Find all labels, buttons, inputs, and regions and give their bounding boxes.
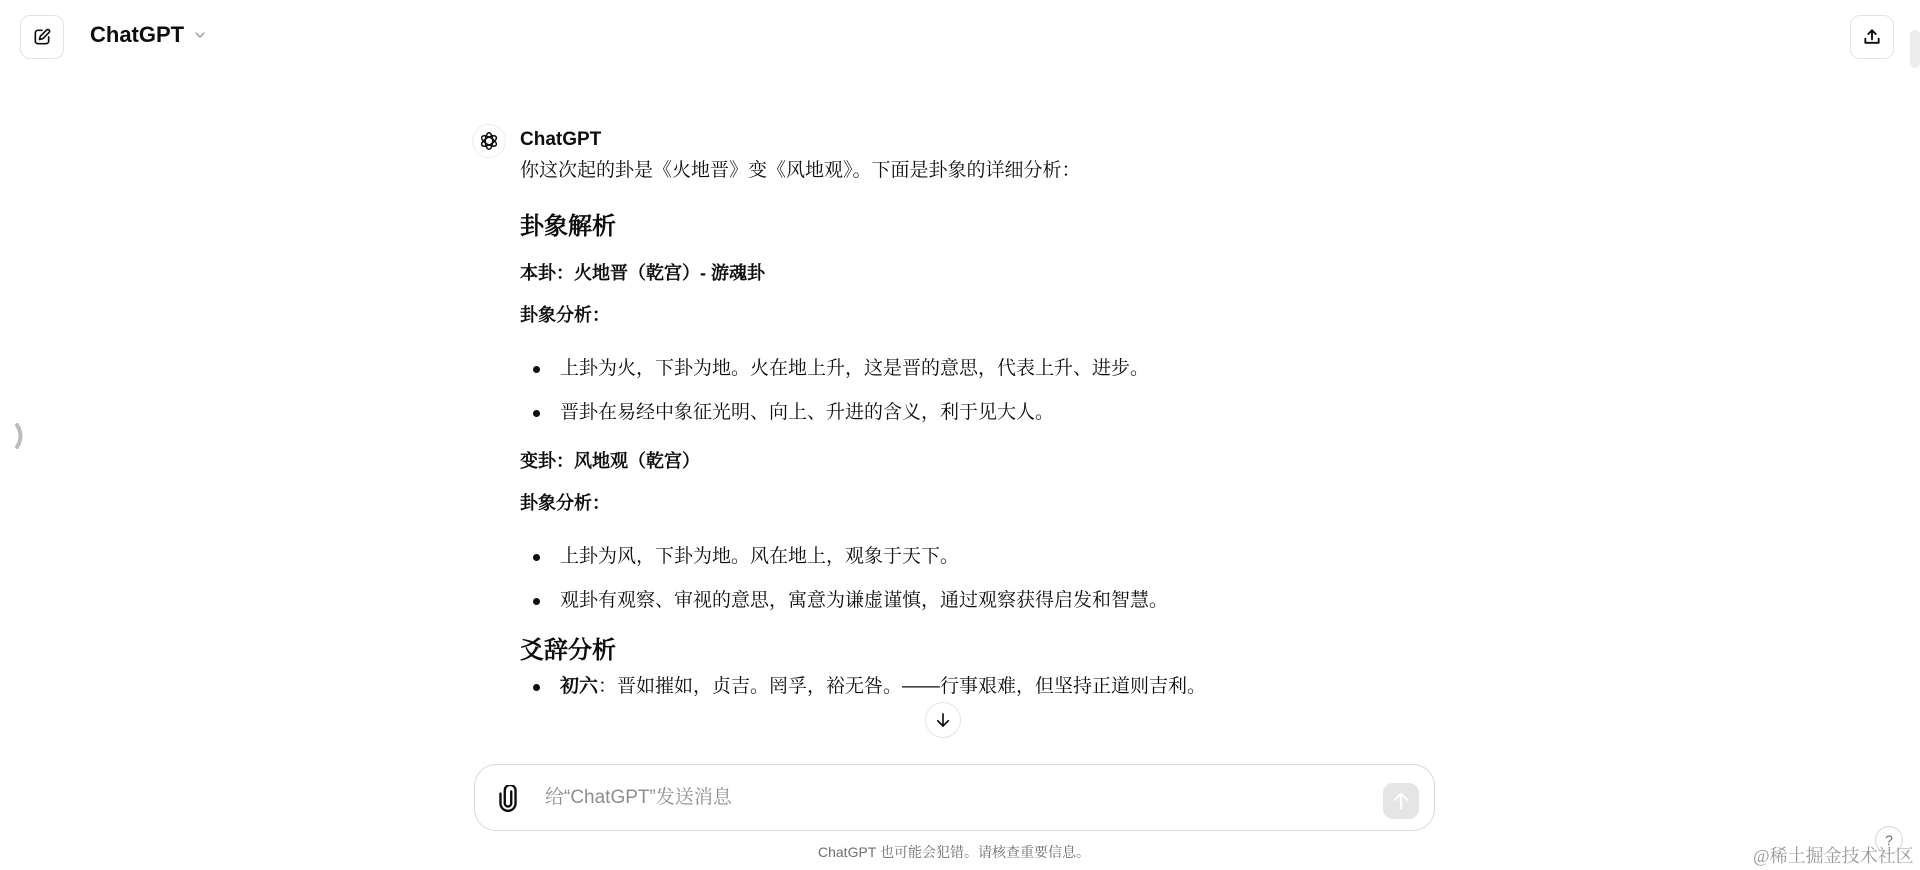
assistant-message: ChatGPT 你这次起的卦是《火地晋》变《风地观》。下面是卦象的详细分析： 卦…	[472, 124, 1432, 720]
message-composer	[474, 764, 1435, 831]
bian-gua-analysis-label: 卦象分析：	[520, 488, 1432, 518]
model-selector[interactable]: ChatGPT	[90, 22, 208, 48]
arrow-down-icon	[934, 711, 952, 729]
send-button[interactable]	[1383, 783, 1419, 819]
list-item: 初六：晋如摧如，贞吉。罔孚，裕无咎。——行事艰难，但坚持正道则吉利。	[520, 672, 1432, 702]
upload-icon	[1862, 27, 1882, 47]
chevron-down-icon	[192, 27, 208, 43]
watermark: @稀土掘金技术社区	[1753, 842, 1914, 868]
list-item: 上卦为火，下卦为地。火在地上升，这是晋的意思，代表上升、进步。	[520, 354, 1432, 384]
message-intro: 你这次起的卦是《火地晋》变《风地观》。下面是卦象的详细分析：	[520, 156, 1432, 186]
arrow-up-icon	[1390, 790, 1412, 812]
paperclip-icon	[495, 785, 521, 813]
avatar	[472, 124, 506, 158]
model-name: ChatGPT	[90, 22, 184, 48]
scrollbar-thumb[interactable]	[1910, 30, 1920, 68]
edit-icon	[32, 27, 52, 47]
yao-ci-bullets: 初六：晋如摧如，贞吉。罔孚，裕无咎。——行事艰难，但坚持正道则吉利。	[520, 672, 1432, 702]
bian-gua-bullets: 上卦为风，下卦为地。风在地上，观象于天下。 观卦有观察、审视的意思，寓意为谦虚谨…	[520, 542, 1432, 616]
openai-logo-icon	[478, 130, 500, 152]
message-author: ChatGPT	[520, 124, 1432, 156]
list-item: 上卦为风，下卦为地。风在地上，观象于天下。	[520, 542, 1432, 572]
scroll-to-bottom-button[interactable]	[925, 702, 961, 738]
yao-label: 初六	[560, 676, 598, 697]
yao-ci-heading: 爻辞分析	[520, 634, 1432, 668]
conversation-area[interactable]: ChatGPT 你这次起的卦是《火地晋》变《风地观》。下面是卦象的详细分析： 卦…	[0, 74, 1920, 764]
ben-gua-bullets: 上卦为火，下卦为地。火在地上升，这是晋的意思，代表上升、进步。 晋卦在易经中象征…	[520, 354, 1432, 428]
bian-gua-title: 变卦：风地观（乾宫）	[520, 446, 1432, 476]
message-input[interactable]	[545, 777, 1345, 819]
list-item: 晋卦在易经中象征光明、向上、升进的含义，利于见大人。	[520, 398, 1432, 428]
top-bar: ChatGPT	[0, 0, 1920, 74]
disclaimer: ChatGPT 也可能会犯错。请核查重要信息。	[0, 842, 1908, 862]
attach-button[interactable]	[495, 785, 521, 813]
new-chat-button[interactable]	[20, 15, 64, 59]
ben-gua-analysis-label: 卦象分析：	[520, 300, 1432, 330]
list-item: 观卦有观察、审视的意思，寓意为谦虚谨慎，通过观察获得启发和智慧。	[520, 586, 1432, 616]
share-button[interactable]	[1850, 15, 1894, 59]
section-heading: 卦象解析	[520, 210, 1432, 244]
ben-gua-title: 本卦：火地晋（乾宫）- 游魂卦	[520, 258, 1432, 288]
yao-text: ：晋如摧如，贞吉。罔孚，裕无咎。——行事艰难，但坚持正道则吉利。	[598, 676, 1206, 697]
